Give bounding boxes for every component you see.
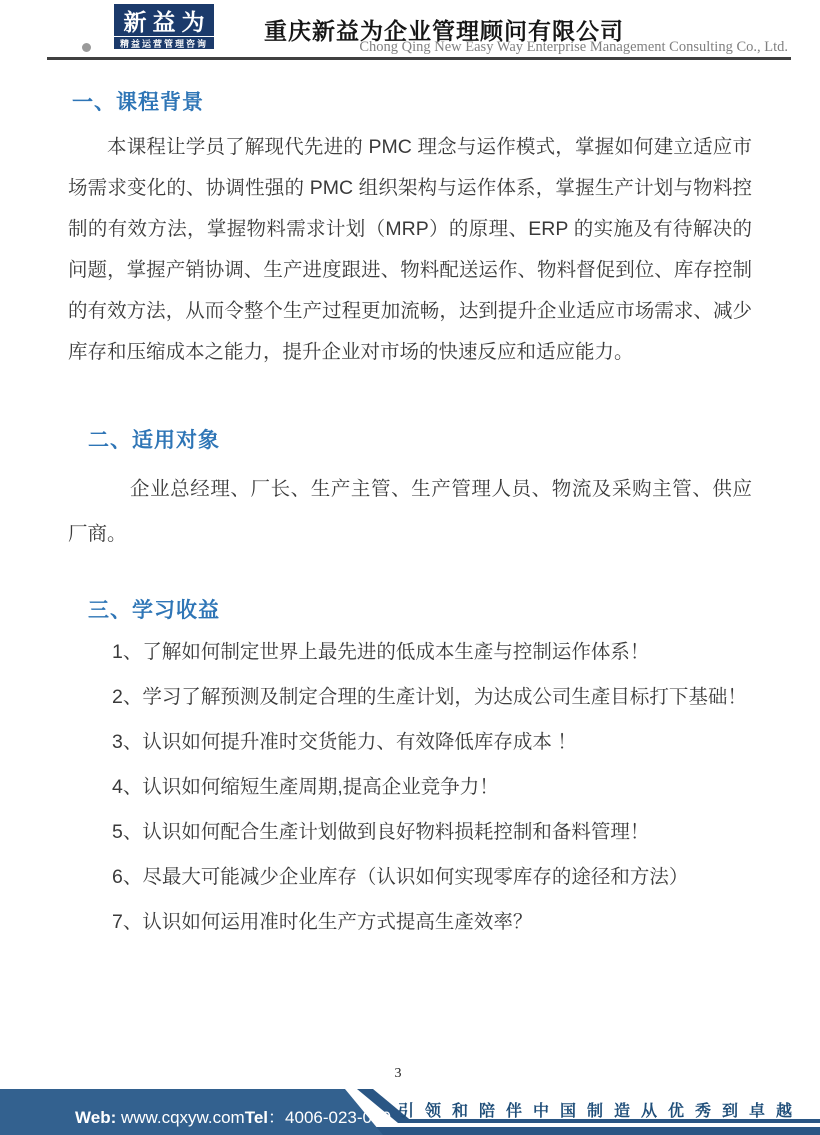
- tel-number: ：4006-023-060: [268, 1108, 391, 1127]
- section-title-learning-benefits: 三、学习收益: [88, 594, 220, 624]
- footer-contact: Web: www.cqxyw.comTel：4006-023-060: [75, 1103, 391, 1128]
- tel-label: Tel: [245, 1108, 268, 1127]
- benefit-item-3: 3、认识如何提升准时交货能力、有效降低库存成本 ！: [112, 720, 760, 765]
- benefit-list: 1、了解如何制定世界上最先进的低成本生產与控制运作体系！ 2、学习了解预测及制定…: [112, 630, 760, 945]
- web-label: Web:: [75, 1108, 116, 1127]
- benefit-item-4: 4、认识如何缩短生產周期,提高企业竞争力！: [112, 765, 760, 810]
- logo-wordmark: 新益为: [114, 4, 214, 36]
- header-divider: [47, 57, 791, 60]
- benefit-item-2: 2、学习了解预测及制定合理的生產计划，为达成公司生產目标打下基础！: [112, 675, 760, 720]
- logo-tagline: 精益运营管理咨询: [114, 37, 214, 49]
- web-url: www.cqxyw.com: [116, 1108, 244, 1127]
- benefit-item-5: 5、认识如何配合生產计划做到良好物料损耗控制和备料管理！: [112, 810, 760, 855]
- company-logo: 新益为 精益运营管理咨询: [114, 4, 214, 49]
- document-page: 新益为 精益运营管理咨询 重庆新益为企业管理顾问有限公司 Chong Qing …: [0, 0, 820, 1135]
- section-title-course-background: 一、课程背景: [72, 86, 204, 116]
- company-name-en: Chong Qing New Easy Way Enterprise Manag…: [264, 39, 788, 56]
- footer-slogan: 引领和陪伴中国制造从优秀到卓越: [398, 1098, 803, 1121]
- page-number: 3: [0, 1066, 796, 1082]
- header-bullet-dot: [82, 43, 91, 52]
- course-background-paragraph: 本课程让学员了解现代先进的 PMC 理念与运作模式，掌握如何建立适应市场需求变化…: [68, 127, 752, 373]
- benefit-item-7: 7、认识如何运用准时化生产方式提高生產效率？: [112, 900, 760, 945]
- benefit-item-6: 6、尽最大可能减少企业库存（认识如何实现零库存的途径和方法）: [112, 855, 760, 900]
- benefit-item-1: 1、了解如何制定世界上最先进的低成本生產与控制运作体系！: [112, 630, 760, 675]
- target-audience-paragraph: 企业总经理、厂长、生产主管、生产管理人员、物流及采购主管、供应厂商。: [68, 467, 752, 557]
- section-title-target-audience: 二、适用对象: [88, 424, 220, 454]
